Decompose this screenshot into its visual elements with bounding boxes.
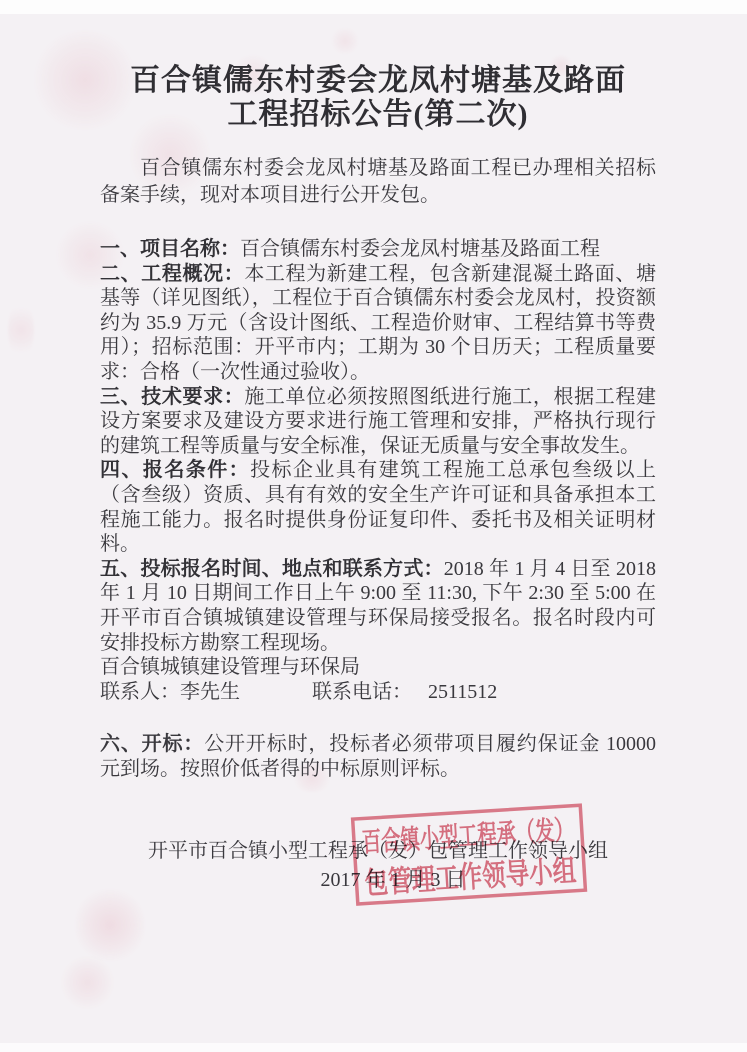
scan-noise	[60, 955, 115, 1010]
sections-block: 一、项目名称：百合镇儒东村委会龙凤村塘基及路面工程 二、工程概况：本工程为新建工…	[100, 237, 656, 704]
section-5-registration-time: 五、投标报名时间、地点和联系方式：2018 年 1 月 4 日至 2018 年 …	[100, 557, 656, 655]
section-1-label: 一、项目名称：	[100, 238, 240, 260]
contact-label: 联系人：	[100, 681, 180, 703]
section-4-label: 四、报名条件：	[100, 459, 250, 481]
contact-line: 联系人：李先生联系电话：2511512	[100, 680, 656, 705]
phone-label: 联系电话：	[312, 681, 412, 703]
phone-number: 2511512	[428, 681, 497, 703]
section-2-label: 二、工程概况：	[100, 263, 244, 285]
scanned-document-page: 百合镇儒东村委会龙凤村塘基及路面 工程招标公告(第二次) 百合镇儒东村委会龙凤村…	[0, 0, 747, 1052]
section-5-label: 五、投标报名时间、地点和联系方式：	[100, 558, 444, 580]
section-6-bid-opening: 六、开标：公开开标时，投标者必须带项目履约保证金 10000 元到场。按照价低者…	[100, 732, 656, 781]
contact-name: 李先生	[180, 681, 240, 703]
scan-noise	[8, 300, 34, 360]
intro-paragraph: 百合镇儒东村委会龙凤村塘基及路面工程已办理相关招标备案手续，现对本项目进行公开发…	[100, 155, 656, 209]
signature-org: 开平市百合镇小型工程承（发）包管理工作领导小组	[100, 837, 656, 866]
section-3-label: 三、技术要求：	[100, 386, 244, 408]
signature-date: 2017 年 1 月 3 日	[100, 866, 656, 895]
signature-block: 开平市百合镇小型工程承（发）包管理工作领导小组 2017 年 1 月 3 日	[100, 837, 656, 895]
section-6-label: 六、开标：	[100, 733, 204, 755]
section-3-technical-requirements: 三、技术要求：施工单位必须按照图纸进行施工，根据工程建设方案要求及建设方要求进行…	[100, 385, 656, 459]
section-4-registration-conditions: 四、报名条件：投标企业具有建筑工程施工总承包叁级以上（含叁级）资质、具有有效的安…	[100, 458, 656, 556]
section-2-overview: 二、工程概况：本工程为新建工程，包含新建混凝土路面、塘基等（详见图纸），工程位于…	[100, 262, 656, 385]
section-1-text: 百合镇儒东村委会龙凤村塘基及路面工程	[240, 238, 600, 260]
scan-noise	[75, 885, 145, 965]
section-1-project-name: 一、项目名称：百合镇儒东村委会龙凤村塘基及路面工程	[100, 237, 656, 262]
document-body: 百合镇儒东村委会龙凤村塘基及路面 工程招标公告(第二次) 百合镇儒东村委会龙凤村…	[100, 0, 656, 895]
agency-line: 百合镇城镇建设管理与环保局	[100, 655, 656, 680]
title-line-2: 工程招标公告(第二次)	[100, 98, 656, 132]
title-line-1: 百合镇儒东村委会龙凤村塘基及路面	[100, 64, 656, 98]
document-title: 百合镇儒东村委会龙凤村塘基及路面 工程招标公告(第二次)	[100, 64, 656, 132]
